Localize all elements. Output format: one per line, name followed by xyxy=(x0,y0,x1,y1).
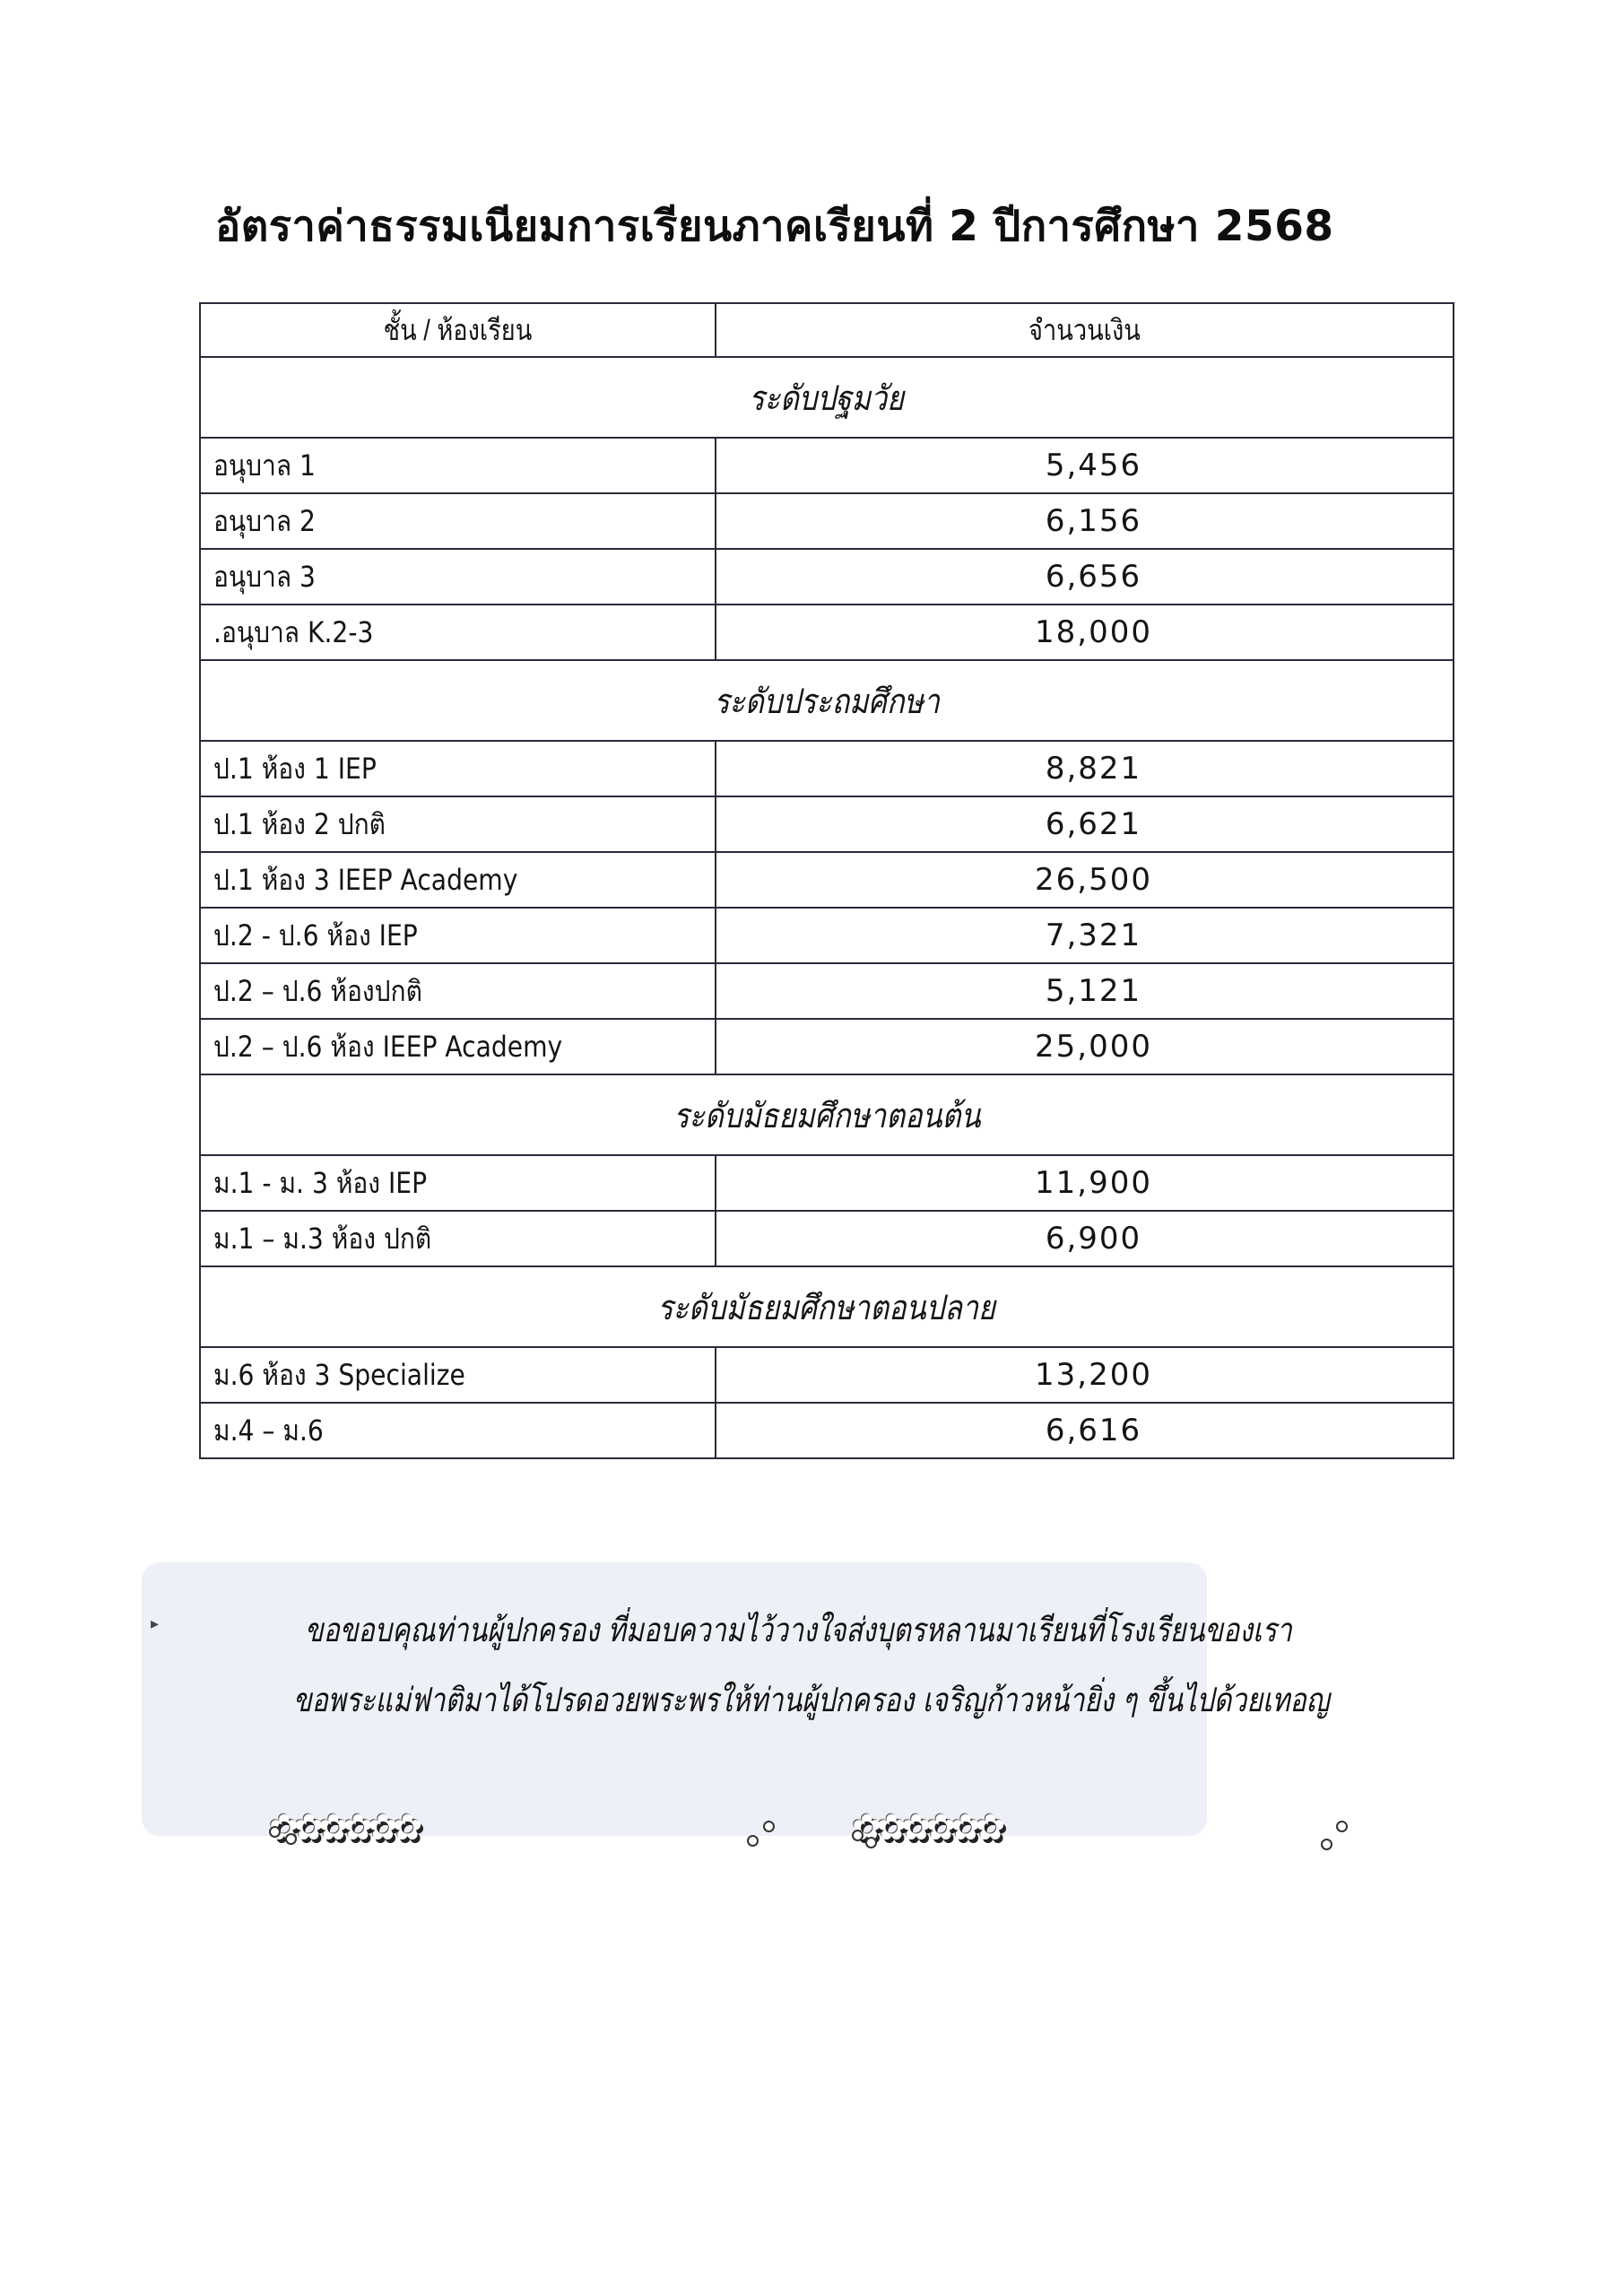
table-row: ม.1 – ม.3 ห้อง ปกติ6,900 xyxy=(200,1211,1454,1266)
fee-amount: 7,321 xyxy=(716,908,1454,963)
table-row: อนุบาล 36,656 xyxy=(200,549,1454,604)
class-label: ป.2 – ป.6 ห้อง IEEP Academy xyxy=(200,1019,716,1074)
section-title: ระดับปฐมวัย xyxy=(200,357,1454,438)
fee-amount: 13,200 xyxy=(716,1347,1454,1403)
dot-ornament xyxy=(269,1826,281,1838)
section-title: ระดับประถมศึกษา xyxy=(200,660,1454,741)
dot-ornament xyxy=(747,1835,759,1847)
class-label: ม.6 ห้อง 3 Specialize xyxy=(200,1347,716,1403)
table-row: ป.2 – ป.6 ห้อง IEEP Academy25,000 xyxy=(200,1019,1454,1074)
table-row: ป.1 ห้อง 2 ปกติ6,621 xyxy=(200,796,1454,852)
fee-amount: 8,821 xyxy=(716,741,1454,796)
class-label: อนุบาล 3 xyxy=(200,549,716,604)
dot-ornament xyxy=(285,1833,297,1845)
table-row: ป.1 ห้อง 1 IEP8,821 xyxy=(200,741,1454,796)
fee-amount: 6,900 xyxy=(716,1211,1454,1266)
fee-amount: 6,621 xyxy=(716,796,1454,852)
class-label: ป.2 - ป.6 ห้อง IEP xyxy=(200,908,716,963)
class-label: ม.4 – ม.6 xyxy=(200,1403,716,1458)
class-label: อนุบาล 1 xyxy=(200,438,716,493)
class-label: ป.2 – ป.6 ห้องปกติ xyxy=(200,963,716,1019)
section-header-row: ระดับมัธยมศึกษาตอนปลาย xyxy=(200,1266,1454,1347)
header-amount: จำนวนเงิน xyxy=(716,303,1454,357)
class-label: ม.1 – ม.3 ห้อง ปกติ xyxy=(200,1211,716,1266)
fee-amount: 6,616 xyxy=(716,1403,1454,1458)
table-row: ป.2 – ป.6 ห้องปกติ5,121 xyxy=(200,963,1454,1019)
table-row: อนุบาล 26,156 xyxy=(200,493,1454,549)
blessing-line: ขอพระแม่ฟาติมาได้โปรดอวยพระพรให้ท่านผู้ป… xyxy=(179,1674,1417,1726)
table-row: ม.6 ห้อง 3 Specialize13,200 xyxy=(200,1347,1454,1403)
class-label: ม.1 - ม. 3 ห้อง IEP xyxy=(200,1155,716,1211)
thank-you-line: ขอขอบคุณท่านผู้ปกครอง ที่มอบความไว้วางใจ… xyxy=(179,1604,1417,1657)
section-header-row: ระดับปฐมวัย xyxy=(200,357,1454,438)
header-class: ชั้น / ห้องเรียน xyxy=(200,303,716,357)
fee-amount: 5,456 xyxy=(716,438,1454,493)
table-row: ป.2 - ป.6 ห้อง IEP7,321 xyxy=(200,908,1454,963)
class-label: ป.1 ห้อง 2 ปกติ xyxy=(200,796,716,852)
table-header-row: ชั้น / ห้องเรียน จำนวนเงิน xyxy=(200,303,1454,357)
table-row: ม.1 - ม. 3 ห้อง IEP11,900 xyxy=(200,1155,1454,1211)
class-label: ป.1 ห้อง 1 IEP xyxy=(200,741,716,796)
class-label: ป.1 ห้อง 3 IEEP Academy xyxy=(200,852,716,908)
fee-amount: 26,500 xyxy=(716,852,1454,908)
fee-amount: 6,656 xyxy=(716,549,1454,604)
fee-amount: 18,000 xyxy=(716,604,1454,660)
dot-ornament xyxy=(1321,1839,1332,1850)
fee-amount: 5,121 xyxy=(716,963,1454,1019)
section-title: ระดับมัธยมศึกษาตอนปลาย xyxy=(200,1266,1454,1347)
dot-ornament xyxy=(865,1837,877,1848)
section-title: ระดับมัธยมศึกษาตอนต้น xyxy=(200,1074,1454,1155)
table-row: อนุบาล 15,456 xyxy=(200,438,1454,493)
table-row: ม.4 – ม.66,616 xyxy=(200,1403,1454,1458)
fee-table: ชั้น / ห้องเรียน จำนวนเงิน ระดับปฐมวัยอน… xyxy=(199,302,1454,1459)
fee-amount: 25,000 xyxy=(716,1019,1454,1074)
table-row: .อนุบาล K.2-318,000 xyxy=(200,604,1454,660)
section-header-row: ระดับมัธยมศึกษาตอนต้น xyxy=(200,1074,1454,1155)
dot-ornament xyxy=(852,1830,864,1841)
section-header-row: ระดับประถมศึกษา xyxy=(200,660,1454,741)
class-label: .อนุบาล K.2-3 xyxy=(200,604,716,660)
scan-mark: ▸ xyxy=(151,1614,159,1633)
table-row: ป.1 ห้อง 3 IEEP Academy26,500 xyxy=(200,852,1454,908)
document-title: อัตราค่าธรรมเนียมการเรียนภาคเรียนที่ 2 ป… xyxy=(215,192,1471,259)
class-label: อนุบาล 2 xyxy=(200,493,716,549)
fee-amount: 6,156 xyxy=(716,493,1454,549)
dot-ornament xyxy=(1336,1821,1348,1832)
fee-amount: 11,900 xyxy=(716,1155,1454,1211)
dot-ornament xyxy=(763,1821,775,1832)
